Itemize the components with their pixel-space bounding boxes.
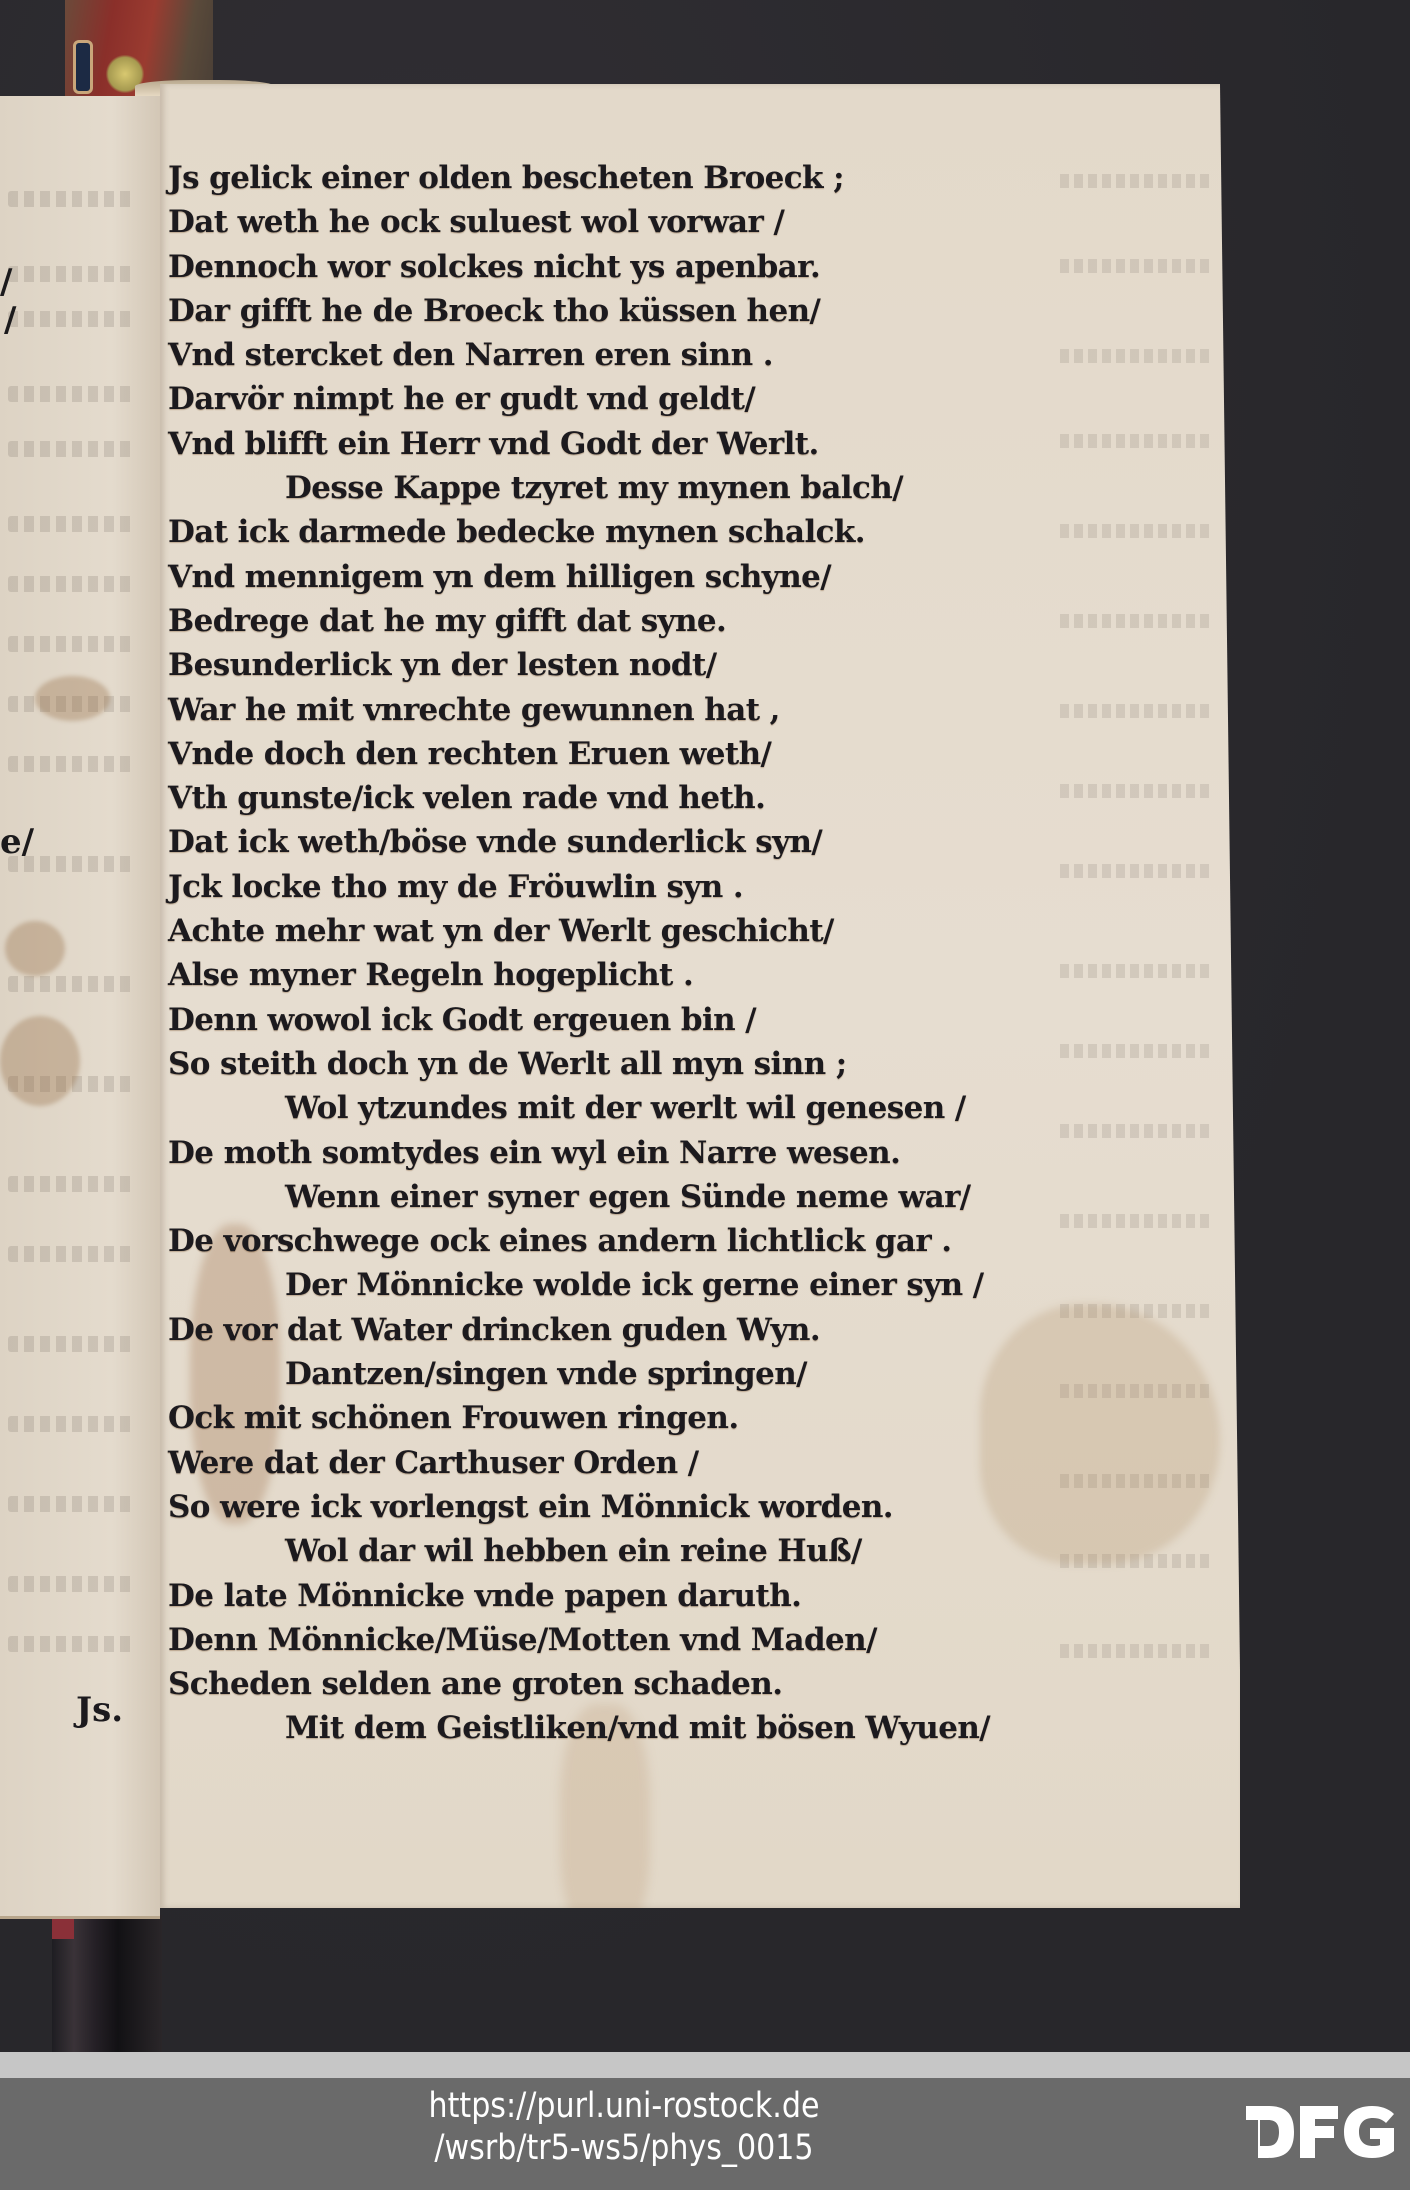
verse-line-indented: Dantzen/singen vnde springen/ (168, 1352, 1228, 1396)
verse-line: Dat ick darmede bedecke mynen schalck. (168, 510, 1228, 554)
verse-line: De vor dat Water drincken guden Wyn. (168, 1308, 1228, 1352)
left-page-fragment: / (4, 300, 16, 340)
left-page-fragment: e/ (0, 822, 34, 862)
verse-line: Vnd mennigem yn dem hilligen schyne/ (168, 555, 1228, 599)
verse-line: Denn wowol ick Godt ergeuen bin / (168, 998, 1228, 1042)
verse-line: Darvör nimpt he er gudt vnd geldt/ (168, 377, 1228, 421)
stain (35, 676, 110, 721)
show-through-text (8, 1576, 133, 1592)
verse-line-indented: Wol ytzundes mit der werlt wil genesen / (168, 1086, 1228, 1130)
verse-line: Were dat der Carthuser Orden / (168, 1441, 1228, 1485)
verse-text: Js gelick einer olden bescheten Broeck ;… (168, 156, 1228, 1751)
verse-line: Bedrege dat he my gifft dat syne. (168, 599, 1228, 643)
verse-line: Dat ick weth/böse vnde sunderlick syn/ (168, 820, 1228, 864)
verse-line: Vnd blifft ein Herr vnd Godt der Werlt. (168, 422, 1228, 466)
verse-line: Scheden selden ane groten schaden. (168, 1662, 1228, 1706)
show-through-text (8, 1246, 133, 1262)
permalink-line-1[interactable]: https://purl.uni-rostock.de (87, 2086, 1160, 2126)
verse-line: So were ick vorlengst ein Mönnick worden… (168, 1485, 1228, 1529)
show-through-text (8, 576, 133, 592)
stain (5, 921, 65, 976)
verse-line: Js gelick einer olden bescheten Broeck ; (168, 156, 1228, 200)
verse-line: De vorschwege ock eines andern lichtlick… (168, 1219, 1228, 1263)
binding-clasp (73, 40, 93, 94)
show-through-text (8, 441, 133, 457)
show-through-text (8, 516, 133, 532)
verse-line: De late Mönnicke vnde papen daruth. (168, 1574, 1228, 1618)
catchword: Js. (76, 1690, 123, 1730)
footer-separator (0, 2052, 1410, 2078)
verse-line: Achte mehr wat yn der Werlt geschicht/ (168, 909, 1228, 953)
show-through-text (8, 1496, 133, 1512)
verse-line: So steith doch yn de Werlt all myn sinn … (168, 1042, 1228, 1086)
verse-line-indented: Mit dem Geistliken/vnd mit bösen Wyuen/ (168, 1706, 1228, 1750)
verse-line: Jck locke tho my de Fröuwlin syn . (168, 865, 1228, 909)
footer: https://purl.uni-rostock.de /wsrb/tr5-ws… (0, 2078, 1410, 2190)
show-through-text (8, 311, 133, 327)
dfg-logo-icon (1246, 2106, 1394, 2158)
verse-line: War he mit vnrechte gewunnen hat , (168, 688, 1228, 732)
left-page-fragment: / (0, 262, 12, 302)
show-through-text (8, 1636, 133, 1652)
book-spine (52, 1915, 162, 2052)
verse-line-indented: Wenn einer syner egen Sünde neme war/ (168, 1175, 1228, 1219)
verse-line: De moth somtydes ein wyl ein Narre wesen… (168, 1131, 1228, 1175)
verse-line-indented: Der Mönnicke wolde ick gerne einer syn / (168, 1263, 1228, 1307)
verse-line-indented: Wol dar wil hebben ein reine Huß/ (168, 1529, 1228, 1573)
show-through-text (8, 191, 133, 207)
verse-line: Dat weth he ock suluest wol vorwar / (168, 200, 1228, 244)
left-page (0, 96, 160, 1919)
show-through-text (8, 266, 133, 282)
verse-line: Vnde doch den rechten Eruen weth/ (168, 732, 1228, 776)
show-through-text (8, 1336, 133, 1352)
verse-line: Dar gifft he de Broeck tho küssen hen/ (168, 289, 1228, 333)
show-through-text (8, 756, 133, 772)
verse-line: Ock mit schönen Frouwen ringen. (168, 1396, 1228, 1440)
book-binding (65, 0, 213, 96)
verse-line: Alse myner Regeln hogeplicht . (168, 953, 1228, 997)
verse-line: Dennoch wor solckes nicht ys apenbar. (168, 245, 1228, 289)
permalink-line-2[interactable]: /wsrb/tr5-ws5/phys_0015 (87, 2128, 1160, 2168)
verse-line: Vnd stercket den Narren eren sinn . (168, 333, 1228, 377)
verse-line: Denn Mönnicke/Müse/Motten vnd Maden/ (168, 1618, 1228, 1662)
verse-line: Besunderlick yn der lesten nodt/ (168, 643, 1228, 687)
show-through-text (8, 386, 133, 402)
verse-line-indented: Desse Kappe tzyret my mynen balch/ (168, 466, 1228, 510)
stain (0, 1016, 80, 1106)
verse-line: Vth gunste/ick velen rade vnd heth. (168, 776, 1228, 820)
show-through-text (8, 976, 133, 992)
show-through-text (8, 1176, 133, 1192)
show-through-text (8, 1416, 133, 1432)
show-through-text (8, 636, 133, 652)
